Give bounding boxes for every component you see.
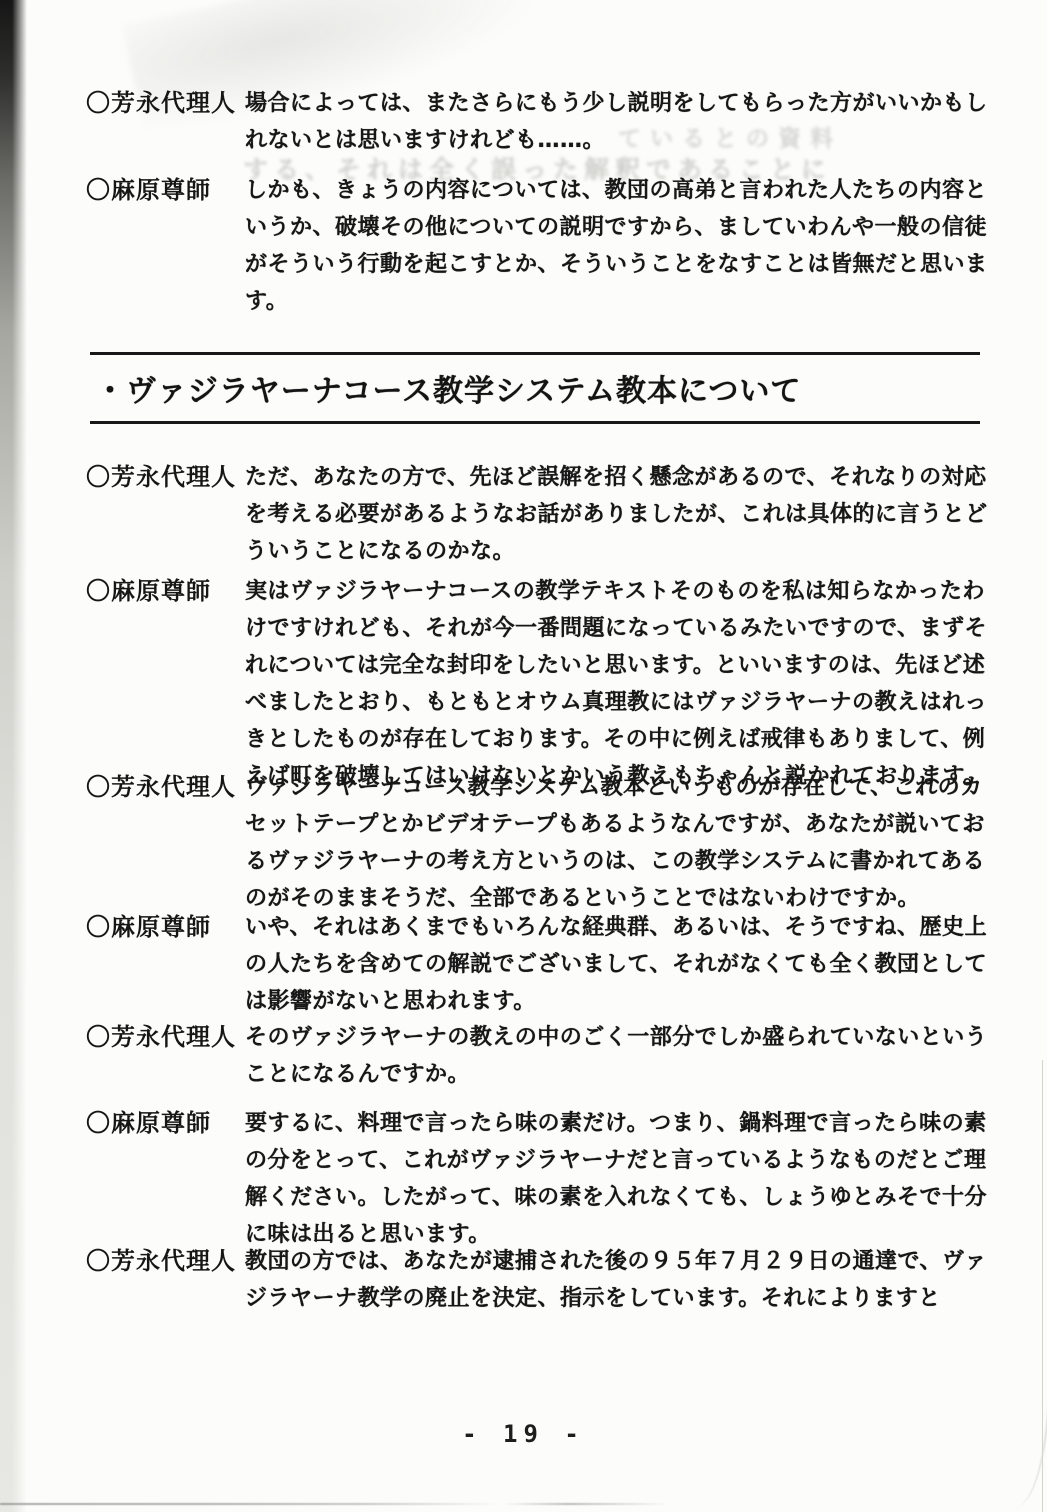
dialogue-block: 〇芳永代理人 教団の方では、あなたが逮捕された後の９５年７月２９日の通達で、ヴァ…: [86, 1243, 1001, 1317]
speaker-label: 〇麻原尊師: [86, 573, 245, 610]
section-rule-top: [90, 352, 980, 355]
speaker-label: 〇芳永代理人: [86, 85, 245, 122]
dialogue-block: 〇麻原尊師 実はヴァジラヤーナコースの教学テキストそのものを私は知らなかったわ …: [86, 573, 1001, 795]
section-heading: ・ヴァジラヤーナコース教学システム教本について: [95, 366, 985, 410]
speaker-label: 〇芳永代理人: [86, 1243, 245, 1280]
speech-text: 要するに、料理で言ったら味の素だけ。つまり、鍋料理で言ったら味の素 の分をとって…: [245, 1105, 1001, 1253]
speech-text: そのヴァジラヤーナの教えの中のごく一部分でしか盛られていないという ことになるん…: [245, 1019, 1001, 1093]
speech-text: いや、それはあくまでもいろんな経典群、あるいは、そうですね、歴史上 の人たちを含…: [245, 909, 1001, 1020]
dialogue-block: 〇麻原尊師 いや、それはあくまでもいろんな経典群、あるいは、そうですね、歴史上 …: [86, 909, 1001, 1020]
speaker-label: 〇芳永代理人: [86, 769, 245, 806]
bottom-scan-line: [0, 1503, 670, 1505]
speech-text: しかも、きょうの内容については、教団の高弟と言われた人たちの内容と いうか、破壊…: [245, 172, 1001, 320]
dialogue-block: 〇芳永代理人 ヴァジラヤーナコース教学システム教本というものが存在して、これのカ…: [86, 769, 1001, 917]
speech-text: ただ、あなたの方で、先ほど誤解を招く懸念があるので、それなりの対応 を考える必要…: [245, 459, 1001, 570]
speaker-label: 〇芳永代理人: [86, 1019, 245, 1056]
dialogue-block: 〇芳永代理人 ただ、あなたの方で、先ほど誤解を招く懸念があるので、それなりの対応…: [86, 459, 1001, 570]
speaker-label: 〇麻原尊師: [86, 172, 245, 209]
speech-text: 場合によっては、またさらにもう少し説明をしてもらった方がいいかもし れないとは思…: [245, 85, 1001, 159]
dialogue-block: 〇麻原尊師 しかも、きょうの内容については、教団の高弟と言われた人たちの内容と …: [86, 172, 1001, 320]
dialogue-block: 〇芳永代理人 そのヴァジラヤーナの教えの中のごく一部分でしか盛られていないという…: [86, 1019, 1001, 1093]
speaker-label: 〇芳永代理人: [86, 459, 245, 496]
speech-text: 実はヴァジラヤーナコースの教学テキストそのものを私は知らなかったわ けですけれど…: [245, 573, 1001, 795]
speaker-label: 〇麻原尊師: [86, 909, 245, 946]
speech-text: 教団の方では、あなたが逮捕された後の９５年７月２９日の通達で、ヴァ ジラヤーナ教…: [245, 1243, 1001, 1317]
page-number: - 19 -: [0, 1420, 1047, 1448]
dialogue-block: 〇麻原尊師 要するに、料理で言ったら味の素だけ。つまり、鍋料理で言ったら味の素 …: [86, 1105, 1001, 1253]
dialogue-block: 〇芳永代理人 場合によっては、またさらにもう少し説明をしてもらった方がいいかもし…: [86, 85, 1001, 159]
speaker-label: 〇麻原尊師: [86, 1105, 245, 1142]
left-spine-shadow: [0, 0, 27, 1512]
section-rule-bottom: [90, 421, 980, 424]
speech-text: ヴァジラヤーナコース教学システム教本というものが存在して、これのカ セットテープ…: [245, 769, 1001, 917]
document-page: ているとの資料 する、それは全く誤った解釈であることに 〇芳永代理人 場合によっ…: [0, 0, 1047, 1512]
